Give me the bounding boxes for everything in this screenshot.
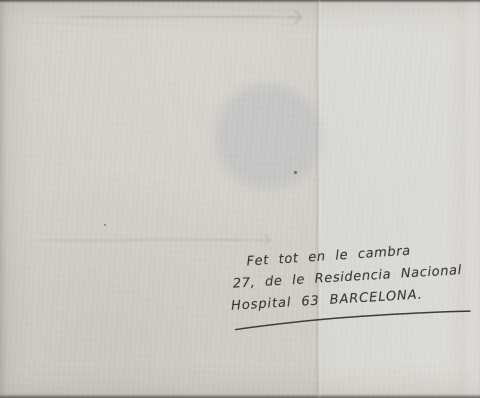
arrow-right-icon	[288, 9, 304, 25]
handwritten-inscription: Fet tot en le cambra 27, de le Residenci…	[226, 237, 480, 333]
paper-fold-line	[315, 0, 321, 398]
arrow-right-icon	[258, 232, 274, 248]
photo-vignette	[0, 0, 480, 398]
showthrough-circle-blob	[213, 83, 323, 191]
showthrough-line-middle	[34, 239, 262, 241]
ink-speck	[104, 224, 106, 226]
paper-grain-texture	[0, 0, 480, 398]
ink-speck	[294, 171, 297, 174]
showthrough-line-top	[60, 16, 292, 18]
photo-of-paper-verso: Fet tot en le cambra 27, de le Residenci…	[0, 0, 480, 398]
